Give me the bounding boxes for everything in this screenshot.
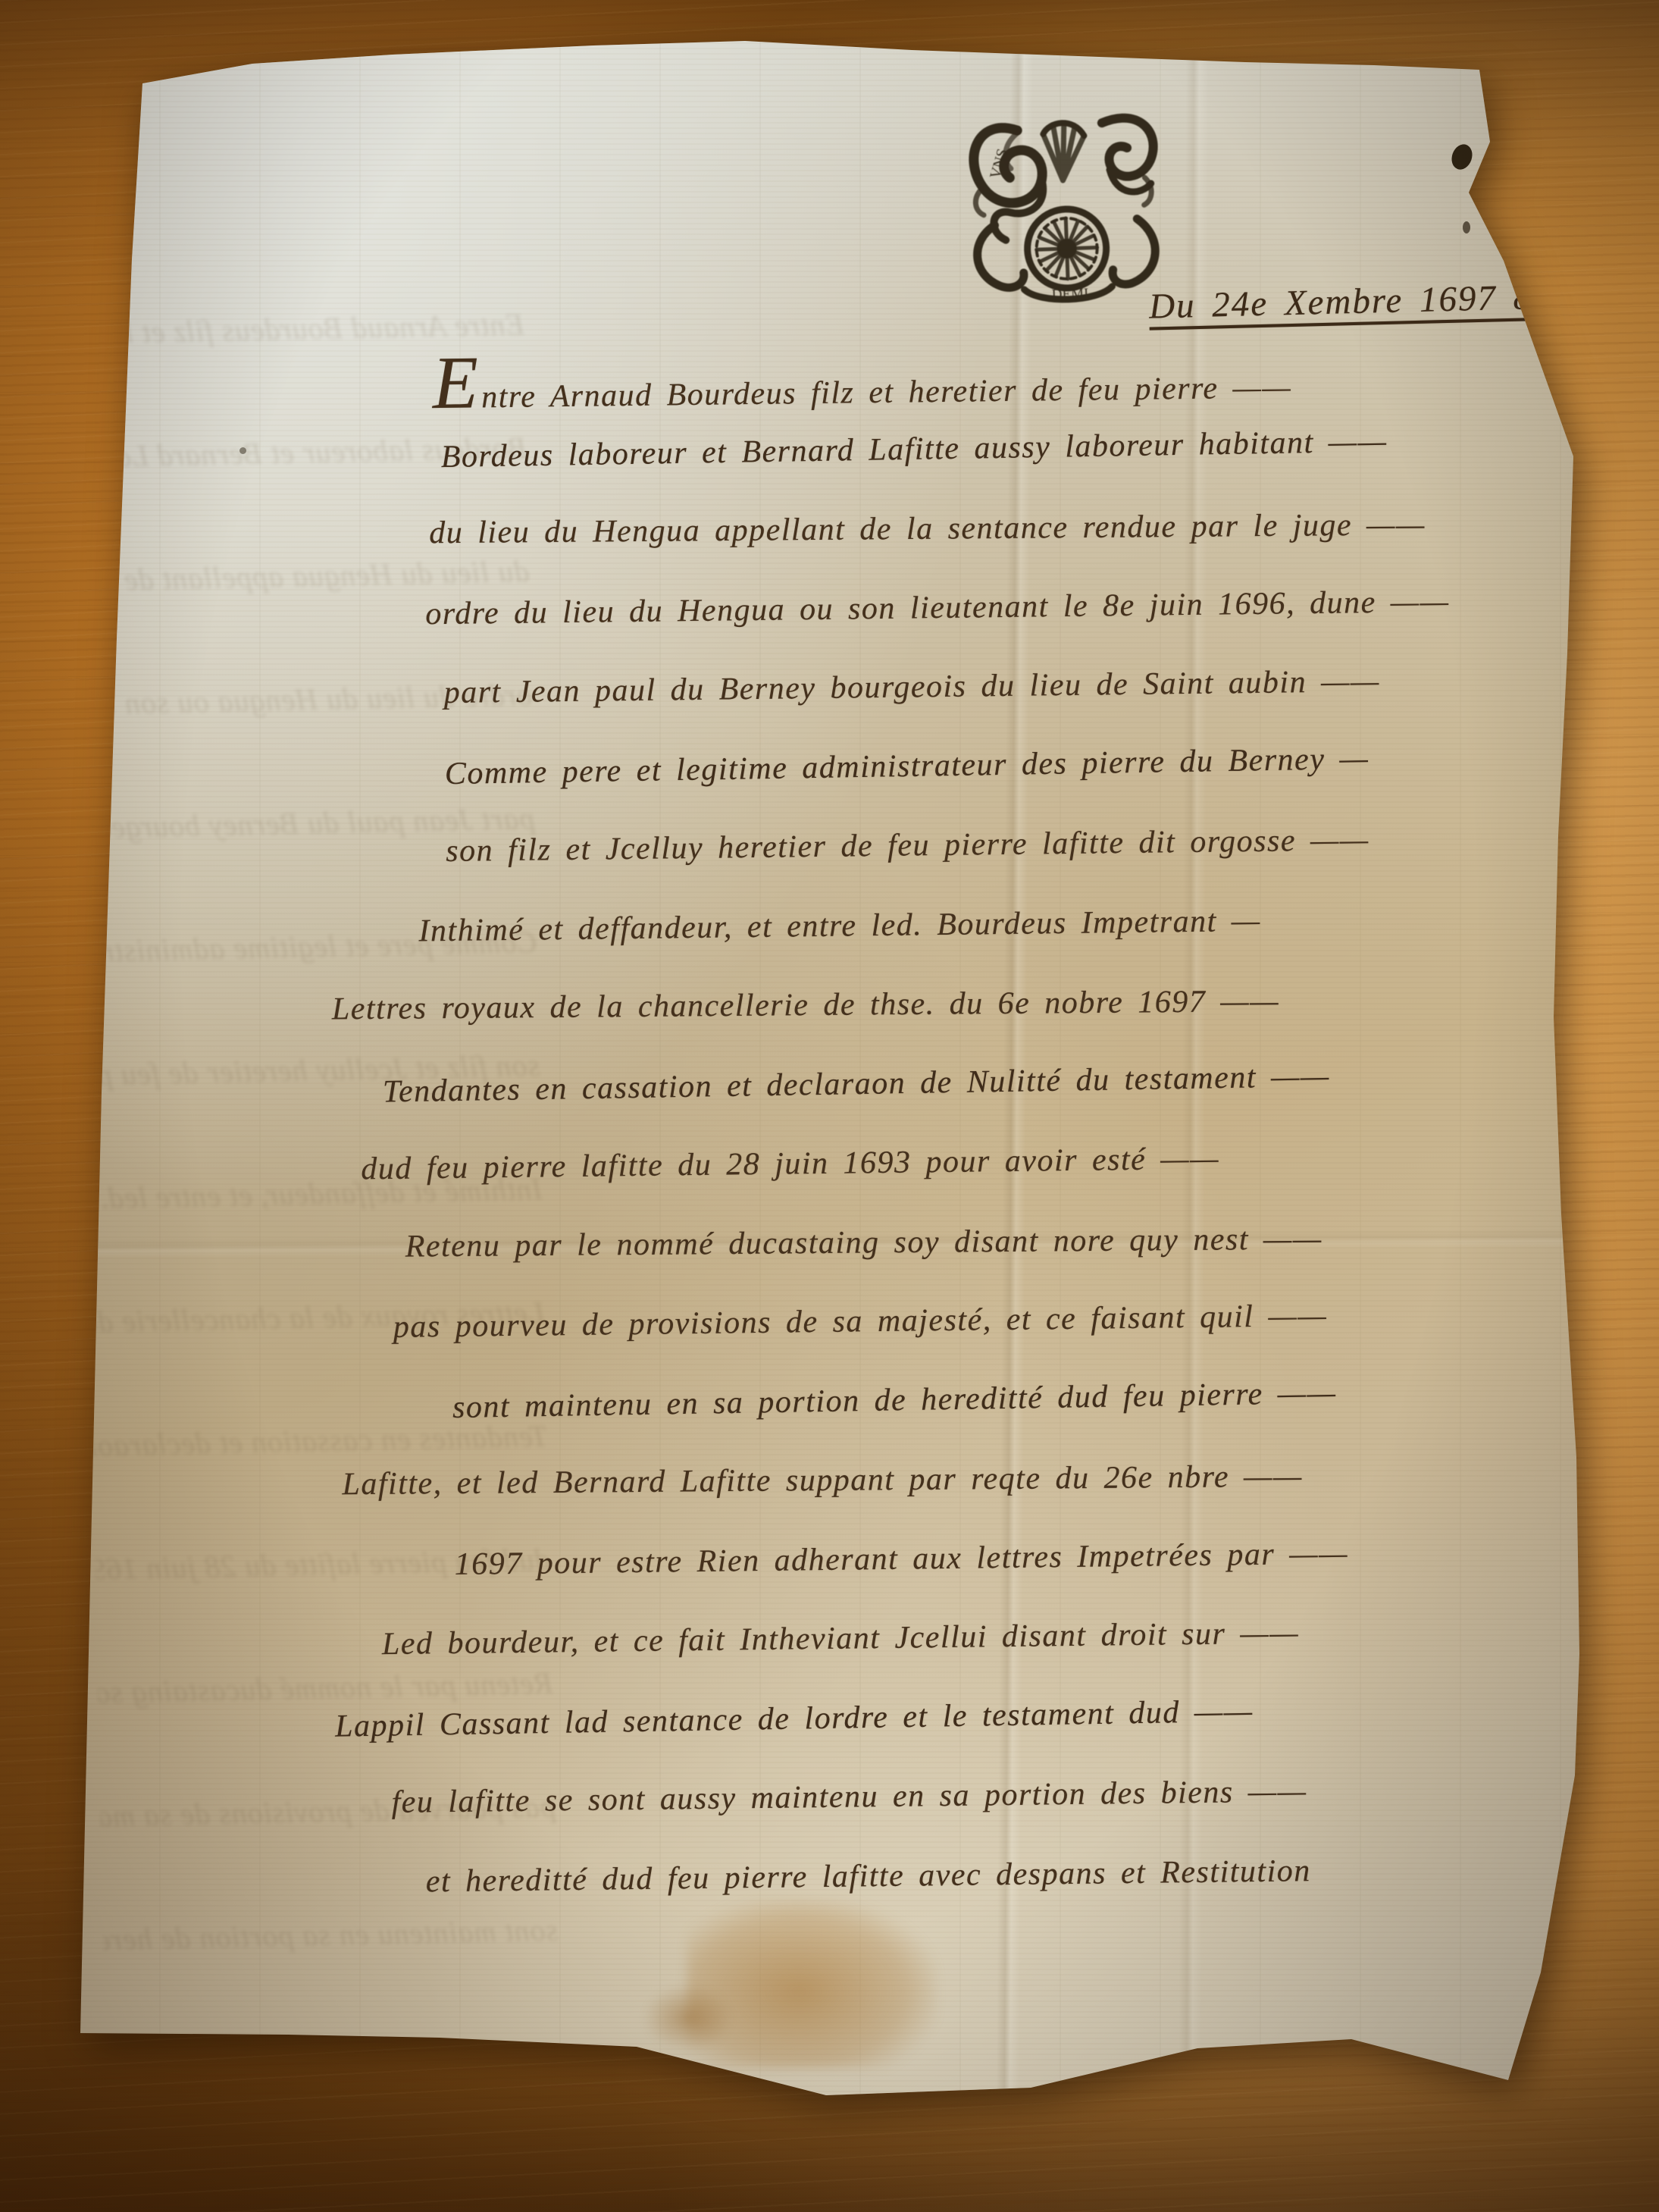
stamp-text-bottom: DEMI <box>1051 286 1088 303</box>
manuscript-line: du lieu du Hengua appellant de la sentan… <box>52 506 1570 597</box>
manuscript-page: Entre Arnaud Bourdeus filz et heretier d… <box>59 32 1599 2115</box>
manuscript-line: Retenu par le nommé ducastaing soy disan… <box>61 1218 1579 1310</box>
ink-stamp-icon: VNS DEMI <box>957 104 1171 321</box>
photo-scene: Entre Arnaud Bourdeus filz et heretier d… <box>0 0 1659 2212</box>
manuscript-line: Lafitte, et led Bernard Lafitte suppant … <box>63 1456 1581 1548</box>
ink-speck <box>1463 221 1470 233</box>
ink-speck <box>239 447 246 454</box>
water-stain <box>643 1984 734 2052</box>
paper-sheet: Entre Arnaud Bourdeus filz et heretier d… <box>59 32 1599 2115</box>
manuscript-text-block: Entre Arnaud Bourdeus filz et heretier d… <box>49 344 1585 1947</box>
